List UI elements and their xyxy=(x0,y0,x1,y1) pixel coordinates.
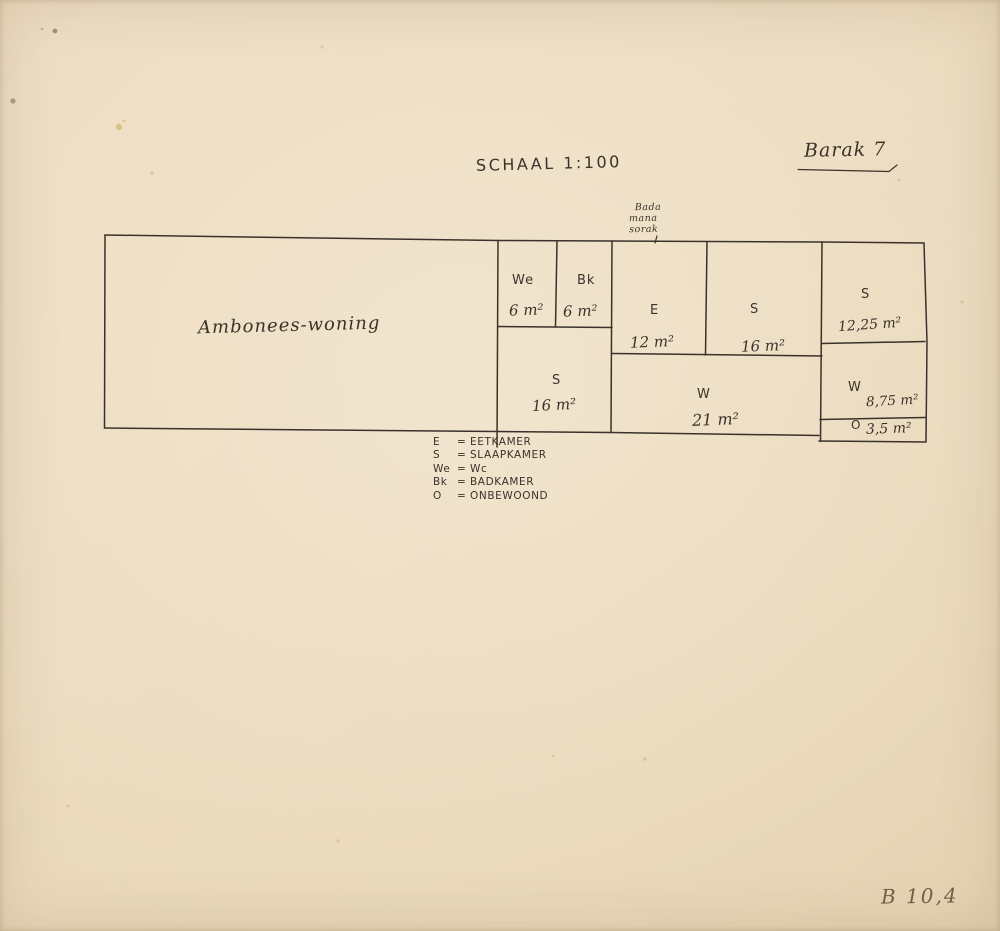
archive-number: B 10,4 xyxy=(881,883,959,908)
equals-sign: = xyxy=(457,436,470,449)
legend-meaning: ONBEWOOND xyxy=(470,490,548,503)
legend-code: S xyxy=(433,449,457,462)
top-annotation-line-3: sorak xyxy=(629,224,662,236)
sheet-label: Barak 7 xyxy=(804,138,887,161)
room-bk-area: 6 m² xyxy=(563,301,598,320)
room-w-large-code: W xyxy=(697,387,711,402)
room-bk-code: Bk xyxy=(577,273,595,288)
scale-note: SCHAAL 1:100 xyxy=(476,152,622,175)
room-o-area: 3,5 m² xyxy=(866,420,912,438)
legend-meaning: EETKAMER xyxy=(470,436,531,449)
legend-meaning: Wc xyxy=(470,463,487,476)
equals-sign: = xyxy=(457,449,470,462)
legend-meaning: SLAAPKAMER xyxy=(470,449,547,462)
equals-sign: = xyxy=(457,463,470,476)
room-s-mid-area: 16 m² xyxy=(532,395,577,415)
room-e-area: 12 m² xyxy=(630,332,675,352)
equals-sign: = xyxy=(457,490,470,503)
room-wc-area: 6 m² xyxy=(509,300,544,319)
room-o-code: O xyxy=(851,418,861,432)
legend-code: E xyxy=(433,436,457,449)
room-wc-code: We xyxy=(512,273,534,288)
room-w-right-area: 8,75 m² xyxy=(866,392,919,411)
top-annotation: Bada mana sorak xyxy=(629,202,662,236)
legend-entry-wc: We=Wc xyxy=(433,463,548,476)
legend-entry-o: O=ONBEWOOND xyxy=(433,490,548,503)
room-s-right-code: S xyxy=(861,287,870,302)
top-annotation-line-1: Bada xyxy=(635,202,662,213)
room-e-code: E xyxy=(650,303,659,318)
room-s-top-code: S xyxy=(750,302,759,317)
sheet-label-underline xyxy=(798,165,897,172)
legend-entry-s: S=SLAAPKAMER xyxy=(433,449,548,462)
room-s-mid-code: S xyxy=(552,373,561,388)
legend-entry-bk: Bk=BADKAMER xyxy=(433,476,548,489)
scanned-floorplan-sheet: SCHAAL 1:100 Barak 7 Bada mana sorak Amb… xyxy=(0,0,1000,931)
legend-code: Bk xyxy=(433,476,457,489)
top-annotation-line-2: mana xyxy=(629,213,662,225)
room-s-top-area: 16 m² xyxy=(741,336,786,356)
legend-code: We xyxy=(433,463,457,476)
equals-sign: = xyxy=(457,476,470,489)
room-w-large-area: 21 m² xyxy=(692,409,740,430)
legend-meaning: BADKAMER xyxy=(470,476,534,489)
legend-entry-e: E=EETKAMER xyxy=(433,436,548,449)
legend-code: O xyxy=(433,490,457,503)
room-w-right-code: W xyxy=(848,380,862,395)
room-legend: E=EETKAMER S=SLAAPKAMER We=Wc Bk=BADKAME… xyxy=(433,436,548,503)
